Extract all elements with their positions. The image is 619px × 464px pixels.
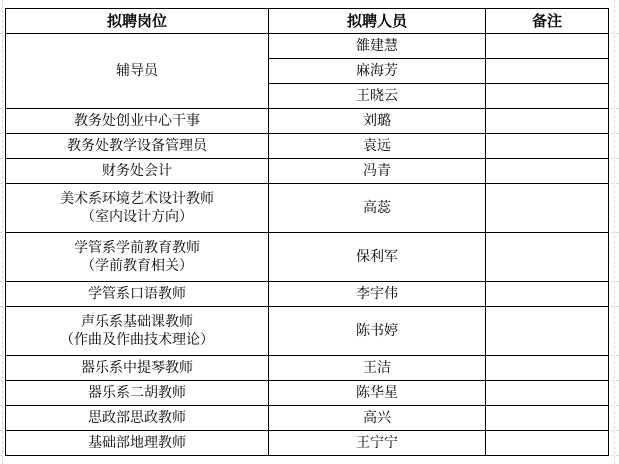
cell-person[interactable]: 陈书婷 xyxy=(269,307,486,356)
cell-person[interactable]: 高兴 xyxy=(269,406,486,431)
cell-note[interactable] xyxy=(486,134,609,159)
cell-position[interactable]: 思政部思政教师 xyxy=(6,406,269,431)
cell-note[interactable] xyxy=(486,307,609,356)
cell-note[interactable] xyxy=(486,184,609,233)
cell-note[interactable] xyxy=(486,59,609,84)
table-row: 辅导员 雒建慧 xyxy=(6,34,609,59)
cell-position[interactable]: 基础部地理教师 xyxy=(6,431,269,456)
cell-person[interactable]: 王洁 xyxy=(269,356,486,381)
cell-note[interactable] xyxy=(486,233,609,282)
cell-position[interactable]: 教务处教学设备管理员 xyxy=(6,134,269,159)
cell-person[interactable]: 袁远 xyxy=(269,134,486,159)
cell-note[interactable] xyxy=(486,109,609,134)
header-person[interactable]: 拟聘人员 xyxy=(269,9,486,34)
cell-person[interactable]: 雒建慧 xyxy=(269,34,486,59)
cell-person[interactable]: 刘璐 xyxy=(269,109,486,134)
cell-note[interactable] xyxy=(486,84,609,109)
table-row: 财务处会计 冯青 xyxy=(6,159,609,184)
cell-person[interactable]: 王晓云 xyxy=(269,84,486,109)
table-row: 器乐系二胡教师 陈华星 xyxy=(6,381,609,406)
header-row: 拟聘岗位 拟聘人员 备注 xyxy=(6,9,609,34)
cell-person[interactable]: 麻海芳 xyxy=(269,59,486,84)
cell-person[interactable]: 陈华星 xyxy=(269,381,486,406)
recruitment-table: 拟聘岗位 拟聘人员 备注 辅导员 雒建慧 麻海芳 王晓云 教务处创业中心干事 刘… xyxy=(5,8,609,456)
table-row: 学管系学前教育教师 （学前教育相关） 保利军 xyxy=(6,233,609,282)
cell-person[interactable]: 保利军 xyxy=(269,233,486,282)
table-row: 学管系口语教师 李宇伟 xyxy=(6,282,609,307)
cell-person[interactable]: 王宁宁 xyxy=(269,431,486,456)
cell-note[interactable] xyxy=(486,159,609,184)
cell-note[interactable] xyxy=(486,381,609,406)
cell-position[interactable]: 美术系环境艺术设计教师 （室内设计方向） xyxy=(6,184,269,233)
cell-position[interactable]: 教务处创业中心干事 xyxy=(6,109,269,134)
cell-person[interactable]: 冯青 xyxy=(269,159,486,184)
cell-position[interactable]: 辅导员 xyxy=(6,34,269,109)
cell-note[interactable] xyxy=(486,282,609,307)
cell-note[interactable] xyxy=(486,431,609,456)
cell-note[interactable] xyxy=(486,34,609,59)
table-row: 思政部思政教师 高兴 xyxy=(6,406,609,431)
cell-position[interactable]: 器乐系二胡教师 xyxy=(6,381,269,406)
cell-note[interactable] xyxy=(486,406,609,431)
table-row: 声乐系基础课教师 （作曲及作曲技术理论） 陈书婷 xyxy=(6,307,609,356)
table-row: 基础部地理教师 王宁宁 xyxy=(6,431,609,456)
cell-person[interactable]: 李宇伟 xyxy=(269,282,486,307)
cell-note[interactable] xyxy=(486,356,609,381)
table-row: 教务处教学设备管理员 袁远 xyxy=(6,134,609,159)
table-row: 教务处创业中心干事 刘璐 xyxy=(6,109,609,134)
cell-position[interactable]: 财务处会计 xyxy=(6,159,269,184)
cell-position[interactable]: 学管系口语教师 xyxy=(6,282,269,307)
cell-person[interactable]: 高蕊 xyxy=(269,184,486,233)
header-position[interactable]: 拟聘岗位 xyxy=(6,9,269,34)
table-row: 器乐系中提琴教师 王洁 xyxy=(6,356,609,381)
cell-position[interactable]: 声乐系基础课教师 （作曲及作曲技术理论） xyxy=(6,307,269,356)
cell-position[interactable]: 学管系学前教育教师 （学前教育相关） xyxy=(6,233,269,282)
table-row: 美术系环境艺术设计教师 （室内设计方向） 高蕊 xyxy=(6,184,609,233)
cell-position[interactable]: 器乐系中提琴教师 xyxy=(6,356,269,381)
header-note[interactable]: 备注 xyxy=(486,9,609,34)
